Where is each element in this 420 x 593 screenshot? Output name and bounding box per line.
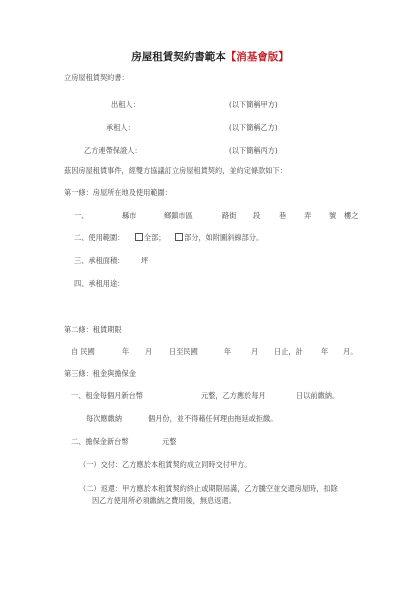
party-guarantor-label: 乙方連帶保證人：	[84, 146, 142, 155]
term-to: 日至民國	[169, 347, 198, 356]
address-district: 鄉鎮市區	[164, 211, 193, 220]
deposit-return-line1: （二）返還：甲方應於本租賃契約終止或期限屆滿，乙方騰空並交還房屋時，扣除	[79, 484, 338, 493]
usage-scope-label: 二、使用範圍：	[74, 233, 124, 242]
title-main: 房屋租賃契約書範本	[131, 51, 226, 63]
party-lessor-label: 出租人：	[111, 100, 140, 109]
lease-area-label: 三、承租面積：	[74, 256, 124, 265]
party-lessee-note: (以下簡稱乙方)	[229, 123, 278, 132]
option-all-label: 全部；	[144, 233, 166, 242]
party-lessor-note: (以下簡稱甲方)	[229, 100, 278, 109]
intro-text: 立房屋租賃契約書：	[64, 73, 129, 82]
term-year1: 年	[122, 347, 129, 356]
usage-scope-row: 二、使用範圍： 全部； 部分，如附圖斜線部分。	[74, 233, 263, 242]
term-from: 自 民國	[71, 347, 95, 356]
preamble: 茲因房屋租賃事件，經雙方協議訂立房屋租賃契約，並約定條款如下：	[64, 166, 287, 175]
deposit-label: 二、擔保金新台幣	[71, 437, 129, 446]
document-title: 房屋租賃契約書範本【消基會版】	[0, 49, 420, 64]
checkbox-all[interactable]	[135, 233, 143, 241]
address-prefix: 一、	[74, 211, 88, 220]
term-until: 日止，計	[274, 347, 303, 356]
term-month1: 月	[145, 347, 152, 356]
rent-amount-label: 一、租金每個月新台幣	[71, 391, 143, 400]
deposit-suffix: 元整	[162, 437, 176, 446]
option-partial-label: 部分，如附圖斜線部分。	[184, 233, 263, 242]
lease-purpose-label: 四、承租用途：	[74, 279, 124, 288]
article2-heading: 第二條：租賃期限	[64, 325, 122, 334]
address-lane: 巷	[279, 211, 286, 220]
rent-months-suffix: 個月份，並不得藉任何理由拖延或拒繳。	[148, 414, 277, 423]
term-month2: 月	[251, 347, 258, 356]
article3-heading: 第三條：租金與擔保金	[64, 369, 136, 378]
document-page: 房屋租賃契約書範本【消基會版】 立房屋租賃契約書： 出租人： (以下簡稱甲方) …	[0, 0, 420, 593]
rent-due-label: 元整，乙方應於每月	[201, 391, 266, 400]
term-months: 月。	[343, 347, 357, 356]
lease-area-unit: 坪	[141, 256, 148, 265]
deposit-delivery: （一）交付：乙方應於本租賃契約成立同時交付甲方。	[79, 460, 252, 469]
address-floor: 樓之	[344, 211, 358, 220]
term-year2: 年	[224, 347, 231, 356]
address-alley: 弄	[304, 211, 311, 220]
deposit-return-line2: 因乙方使用所必須繳納之費用後，無息返還。	[92, 496, 236, 505]
title-edition: 【消基會版】	[226, 51, 289, 63]
rent-months-label: 每次應繳納	[86, 414, 122, 423]
address-county: 縣市	[122, 211, 136, 220]
party-guarantor-note: (以下簡稱丙方)	[229, 146, 278, 155]
address-section: 段	[253, 211, 260, 220]
article1-heading: 第一條：房屋所在地及使用範圍：	[64, 188, 172, 197]
party-lessee-label: 承租人：	[106, 123, 135, 132]
address-road: 路街	[222, 211, 236, 220]
term-years: 年	[321, 347, 328, 356]
rent-due-suffix: 日以前繳納。	[296, 391, 339, 400]
checkbox-partial[interactable]	[175, 233, 183, 241]
address-number: 號	[329, 211, 336, 220]
